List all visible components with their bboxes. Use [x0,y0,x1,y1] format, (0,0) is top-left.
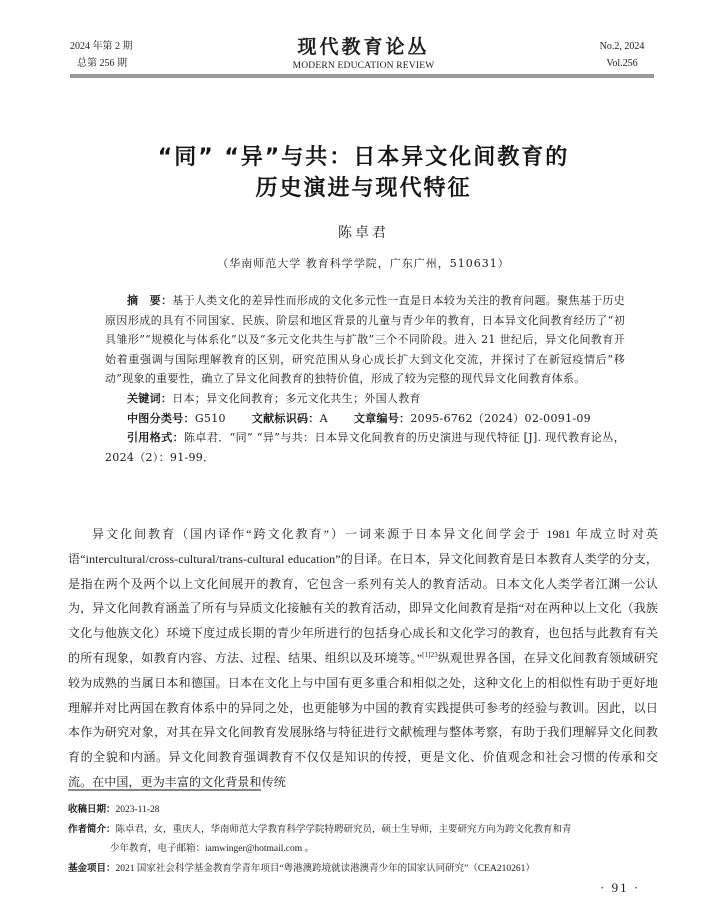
keywords-row: 关键词：日本；异文化间教育；多元文化共生；外国人教育 [105,389,625,409]
received-value: 2023-11-28 [116,805,160,815]
received-label: 收稿日期： [68,804,116,815]
abstract-label: 摘 要： [127,294,172,307]
article-title: “同” “异”与共：日本异文化间教育的 历史演进与现代特征 [0,142,727,204]
bio-line-1: 陈卓君，女，重庆人，华南师范大学教育科学学院特聘研究员，硕士生导师，主要研究方向… [116,825,572,835]
author-bio-continued: 少年教育，电子邮箱：iamwinger@hotmail.com 。 [68,840,668,859]
article-no-value: 2095-6762（2024）02-0091-09 [410,412,591,425]
footnote-divider [68,789,261,791]
issue-info-right: No.2, 2024 Vol.256 [587,38,657,72]
body-text: 异文化间教育（国内译作“跨文化教育”）一词来源于日本异文化间学会于 1981 年… [68,522,658,795]
page-number: · 91 · [600,880,640,896]
abstract: 摘 要：基于人类文化的差异性而形成的文化多元性一直是日本较为关注的教育问题。聚焦… [105,291,625,389]
abstract-block: 摘 要：基于人类文化的差异性而形成的文化多元性一直是日本较为关注的教育问题。聚焦… [105,291,625,467]
keywords-label: 关键词： [127,392,172,405]
author-bio-row: 作者简介：陈卓君，女，重庆人，华南师范大学教育科学学院特聘研究员，硕士生导师，主… [68,820,668,840]
doc-code-label: 文献标识码： [252,412,320,425]
fund-label: 基金项目： [68,863,116,874]
reference-marker[interactable]: [1]23 [422,651,438,659]
received-date-row: 收稿日期：2023-11-28 [68,800,668,820]
clc-value: G510 [195,412,226,425]
citation-label: 引用格式： [127,431,184,444]
clc-label: 中图分类号： [127,412,195,425]
abstract-text: 基于人类文化的差异性而形成的文化多元性一直是日本较为关注的教育问题。聚焦基于历史… [105,294,625,385]
keywords-value: 日本；异文化间教育；多元文化共生；外国人教育 [172,392,421,405]
bio-label: 作者简介： [68,824,116,835]
author-name: 陈卓君 [0,222,727,242]
issue-no-year: No.2, 2024 [587,38,657,55]
doc-code-value: A [320,412,328,425]
header-divider [70,74,654,78]
classification-row: 中图分类号：G510文献标识码：A文章编号：2095-6762（2024）02-… [105,409,625,429]
fund-row: 基金项目：2021 国家社会科学基金教育学青年项目“粤港澳跨境就读港澳青少年的国… [68,859,668,879]
issue-volume: Vol.256 [587,55,657,72]
fund-value: 2021 国家社会科学基金教育学青年项目“粤港澳跨境就读港澳青少年的国家认同研究… [116,864,535,874]
title-line-2: 历史演进与现代特征 [0,173,727,204]
footnotes: 收稿日期：2023-11-28 作者简介：陈卓君，女，重庆人，华南师范大学教育科… [68,800,668,879]
body-paragraph: 异文化间教育（国内译作“跨文化教育”）一词来源于日本异文化间学会于 1981 年… [68,522,658,795]
citation-row: 引用格式：陈卓君．“同” “异”与共：日本异文化间教育的历史演进与现代特征 [J… [105,428,625,467]
title-line-1: “同” “异”与共：日本异文化间教育的 [0,142,727,173]
body-text-part-1: 异文化间教育（国内译作“跨文化教育”）一词来源于日本异文化间学会于 1981 年… [68,527,658,665]
body-text-part-2: 纵观世界各国，在异文化间教育领域研究较为成熟的当属日本和德国。日本在文化上与中国… [68,651,658,789]
author-affiliation: （华南师范大学 教育科学学院，广东广州，510631） [0,255,727,271]
article-no-label: 文章编号： [354,412,411,425]
